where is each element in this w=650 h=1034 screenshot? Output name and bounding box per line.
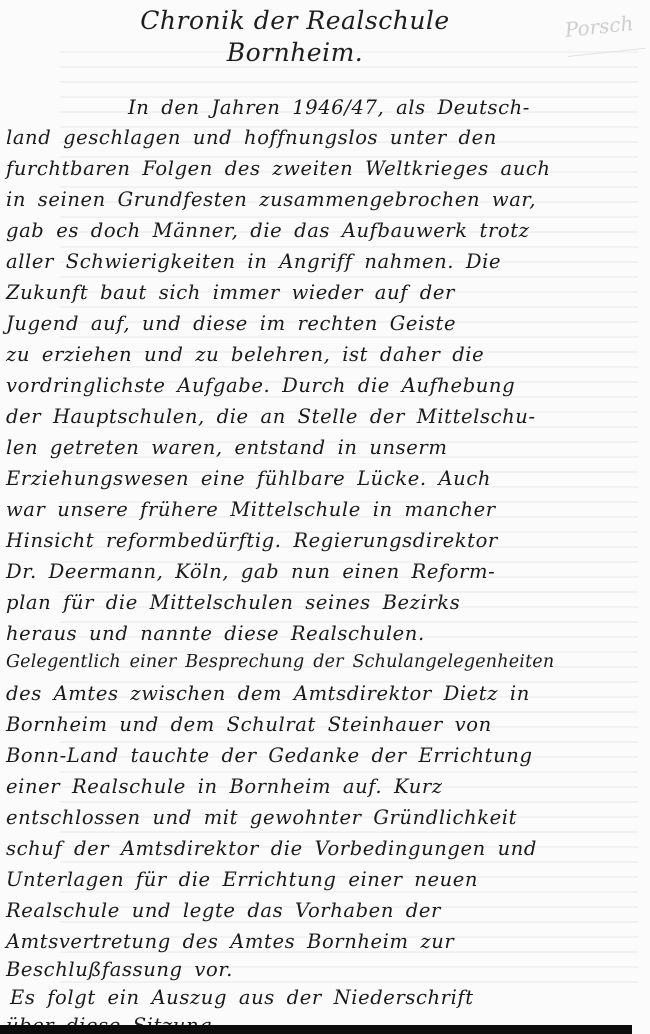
scanned-page: Porsch Chronik der Realschule Bornheim. … [0,0,650,1034]
text-line: len getreten waren, entstand in unserm [6,436,447,459]
text-line: Zukunft baut sich immer wieder auf der [6,281,455,304]
text-line: zu erziehen und zu belehren, ist daher d… [6,343,484,366]
scan-border [0,1025,632,1034]
chronicle-title: Chronik der Realschule [0,6,620,35]
text-line: Erziehungswesen eine fühlbare Lücke. Auc… [6,467,491,490]
text-line: entschlossen und mit gewohnter Gründlich… [6,806,517,829]
text-line: aller Schwierigkeiten in Angriff nahmen.… [6,250,501,273]
text-line: Hinsicht reformbedürftig. Regierungsdire… [6,529,498,552]
text-line: Jugend auf, und diese im rechten Geiste [6,312,456,335]
text-line: Beschlußfassung vor. [6,958,233,981]
text-line: Dr. Deermann, Köln, gab nun einen Reform… [6,560,495,583]
text-line: furchtbaren Folgen des zweiten Weltkrieg… [6,157,551,180]
text-line: in seinen Grundfesten zusammengebrochen … [6,188,536,211]
text-line: gab es doch Männer, die das Aufbauwerk t… [6,219,530,242]
chronicle-subtitle: Bornheim. [0,38,620,67]
text-line: In den Jahren 1946/47, als Deutsch- [128,96,530,119]
text-line: land geschlagen und hoffnungslos unter d… [6,126,497,149]
text-line: des Amtes zwischen dem Amtsdirektor Diet… [6,682,530,705]
text-line: Realschule und legte das Vorhaben der [6,899,441,922]
text-line: Bornheim und dem Schulrat Steinhauer von [6,713,492,736]
text-line: Bonn-Land tauchte der Gedanke der Errich… [6,744,533,767]
text-line: Unterlagen für die Errichtung einer neue… [6,868,478,891]
text-line: vordringlichste Aufgabe. Durch die Aufhe… [6,374,515,397]
text-line: schuf der Amtsdirektor die Vorbedingunge… [6,837,537,860]
text-line: der Hauptschulen, die an Stelle der Mitt… [6,405,536,428]
text-line: war unsere frühere Mittelschule in manch… [6,498,496,521]
text-line: Amtsvertretung des Amtes Bornheim zur [6,930,454,953]
text-line: heraus und nannte diese Realschulen. [6,622,425,645]
text-line: Es folgt ein Auszug aus der Niederschrif… [10,986,474,1009]
text-line: einer Realschule in Bornheim auf. Kurz [6,775,443,798]
text-line: Gelegentlich einer Besprechung der Schul… [6,652,554,672]
text-line: plan für die Mittelschulen seines Bezirk… [6,591,460,614]
